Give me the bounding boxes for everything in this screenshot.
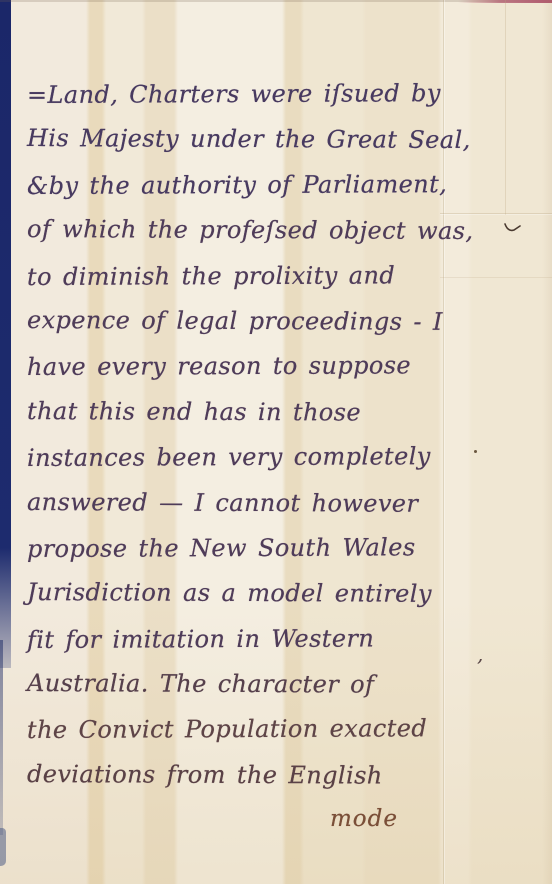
manuscript-line: =Land, Charters were iſsued by [27, 71, 474, 118]
manuscript-line: fit for imitation in Western [27, 616, 474, 663]
book-spine-edge-lower [0, 640, 3, 835]
book-spine-edge-remnant [0, 828, 6, 866]
fold-crease-vertical-upper [505, 0, 506, 215]
manuscript-scan: =Land, Charters were iſsued by His Majes… [0, 0, 552, 884]
manuscript-line: of which the profeſsed object was, [27, 207, 474, 254]
manuscript-line: to diminish the prolixity and [27, 253, 474, 300]
manuscript-line: propose the New South Wales [27, 525, 474, 572]
manuscript-line: instances been very completely [27, 434, 474, 481]
manuscript-line: Jurisdiction as a model entirely [27, 570, 474, 617]
pen-comma-mark: , [477, 642, 483, 666]
page-right-edge-shading [542, 0, 552, 884]
manuscript-line: that this end has in those [27, 389, 474, 436]
manuscript-line: the Convict Population exacted [27, 706, 474, 753]
manuscript-line: Australia. The character of [27, 661, 474, 708]
manuscript-line: deviations from the English [27, 752, 474, 799]
pen-squiggle-mark [503, 221, 523, 240]
ink-speck [474, 450, 477, 453]
manuscript-line: expence of legal proceedings - I [27, 298, 474, 345]
manuscript-line: His Majesty under the Great Seal, [27, 116, 474, 163]
book-spine-edge [0, 0, 11, 668]
catchword: mode [330, 806, 398, 832]
manuscript-line: answered — I cannot however [27, 480, 474, 527]
manuscript-line: have every reason to suppose [27, 343, 474, 390]
manuscript-text: =Land, Charters were iſsued by His Majes… [27, 72, 473, 798]
manuscript-line: &by the authority of Parliament, [27, 162, 474, 209]
